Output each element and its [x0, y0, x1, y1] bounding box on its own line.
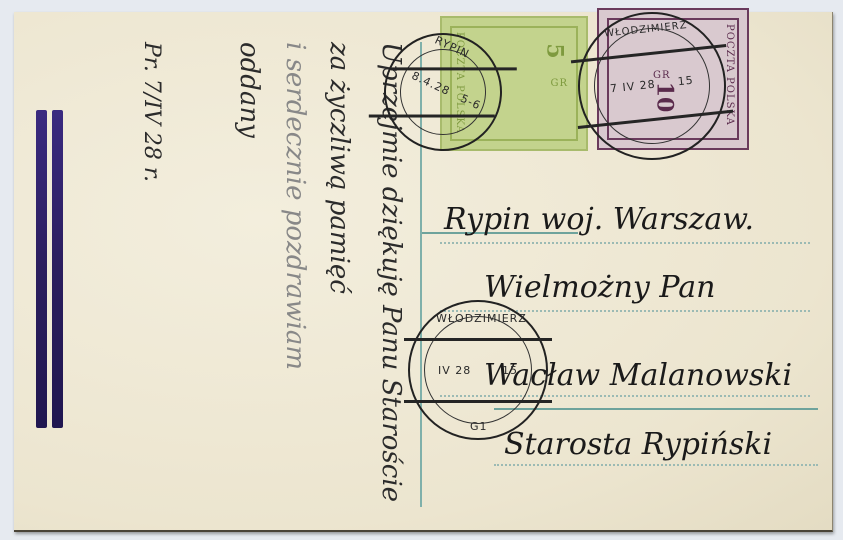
postmark-town: WŁODZIMIERZ: [436, 312, 527, 325]
message-date: Pr. 7/IV 28 r.: [139, 42, 164, 182]
address-line: [494, 464, 818, 466]
decorative-bar: [36, 110, 47, 428]
address-line-2: Wielmożny Pan: [484, 270, 715, 305]
postmark-time: 15: [677, 74, 694, 89]
message-line: i serdecznie pozdrawiam: [280, 42, 310, 370]
postmark-wlodzimierz-bottom: WŁODZIMIERZ IV 28 15 G1: [408, 300, 548, 440]
postmark-date: IV 28: [438, 364, 471, 377]
stamp-unit: GR: [550, 78, 568, 89]
address-line-accent: [494, 408, 818, 410]
message-line: za życzliwą pamięć: [324, 42, 354, 294]
postmark-time: 15: [502, 364, 518, 377]
address-line: [440, 242, 810, 244]
address-line-4: Starosta Rypiński: [504, 427, 772, 462]
postmark-sub: G1: [470, 420, 488, 433]
stamp-value: 5: [541, 43, 567, 58]
decorative-bar: [52, 110, 63, 428]
address-line-1: Rypin woj. Warszaw.: [444, 202, 754, 237]
message-line: oddany: [234, 42, 264, 138]
